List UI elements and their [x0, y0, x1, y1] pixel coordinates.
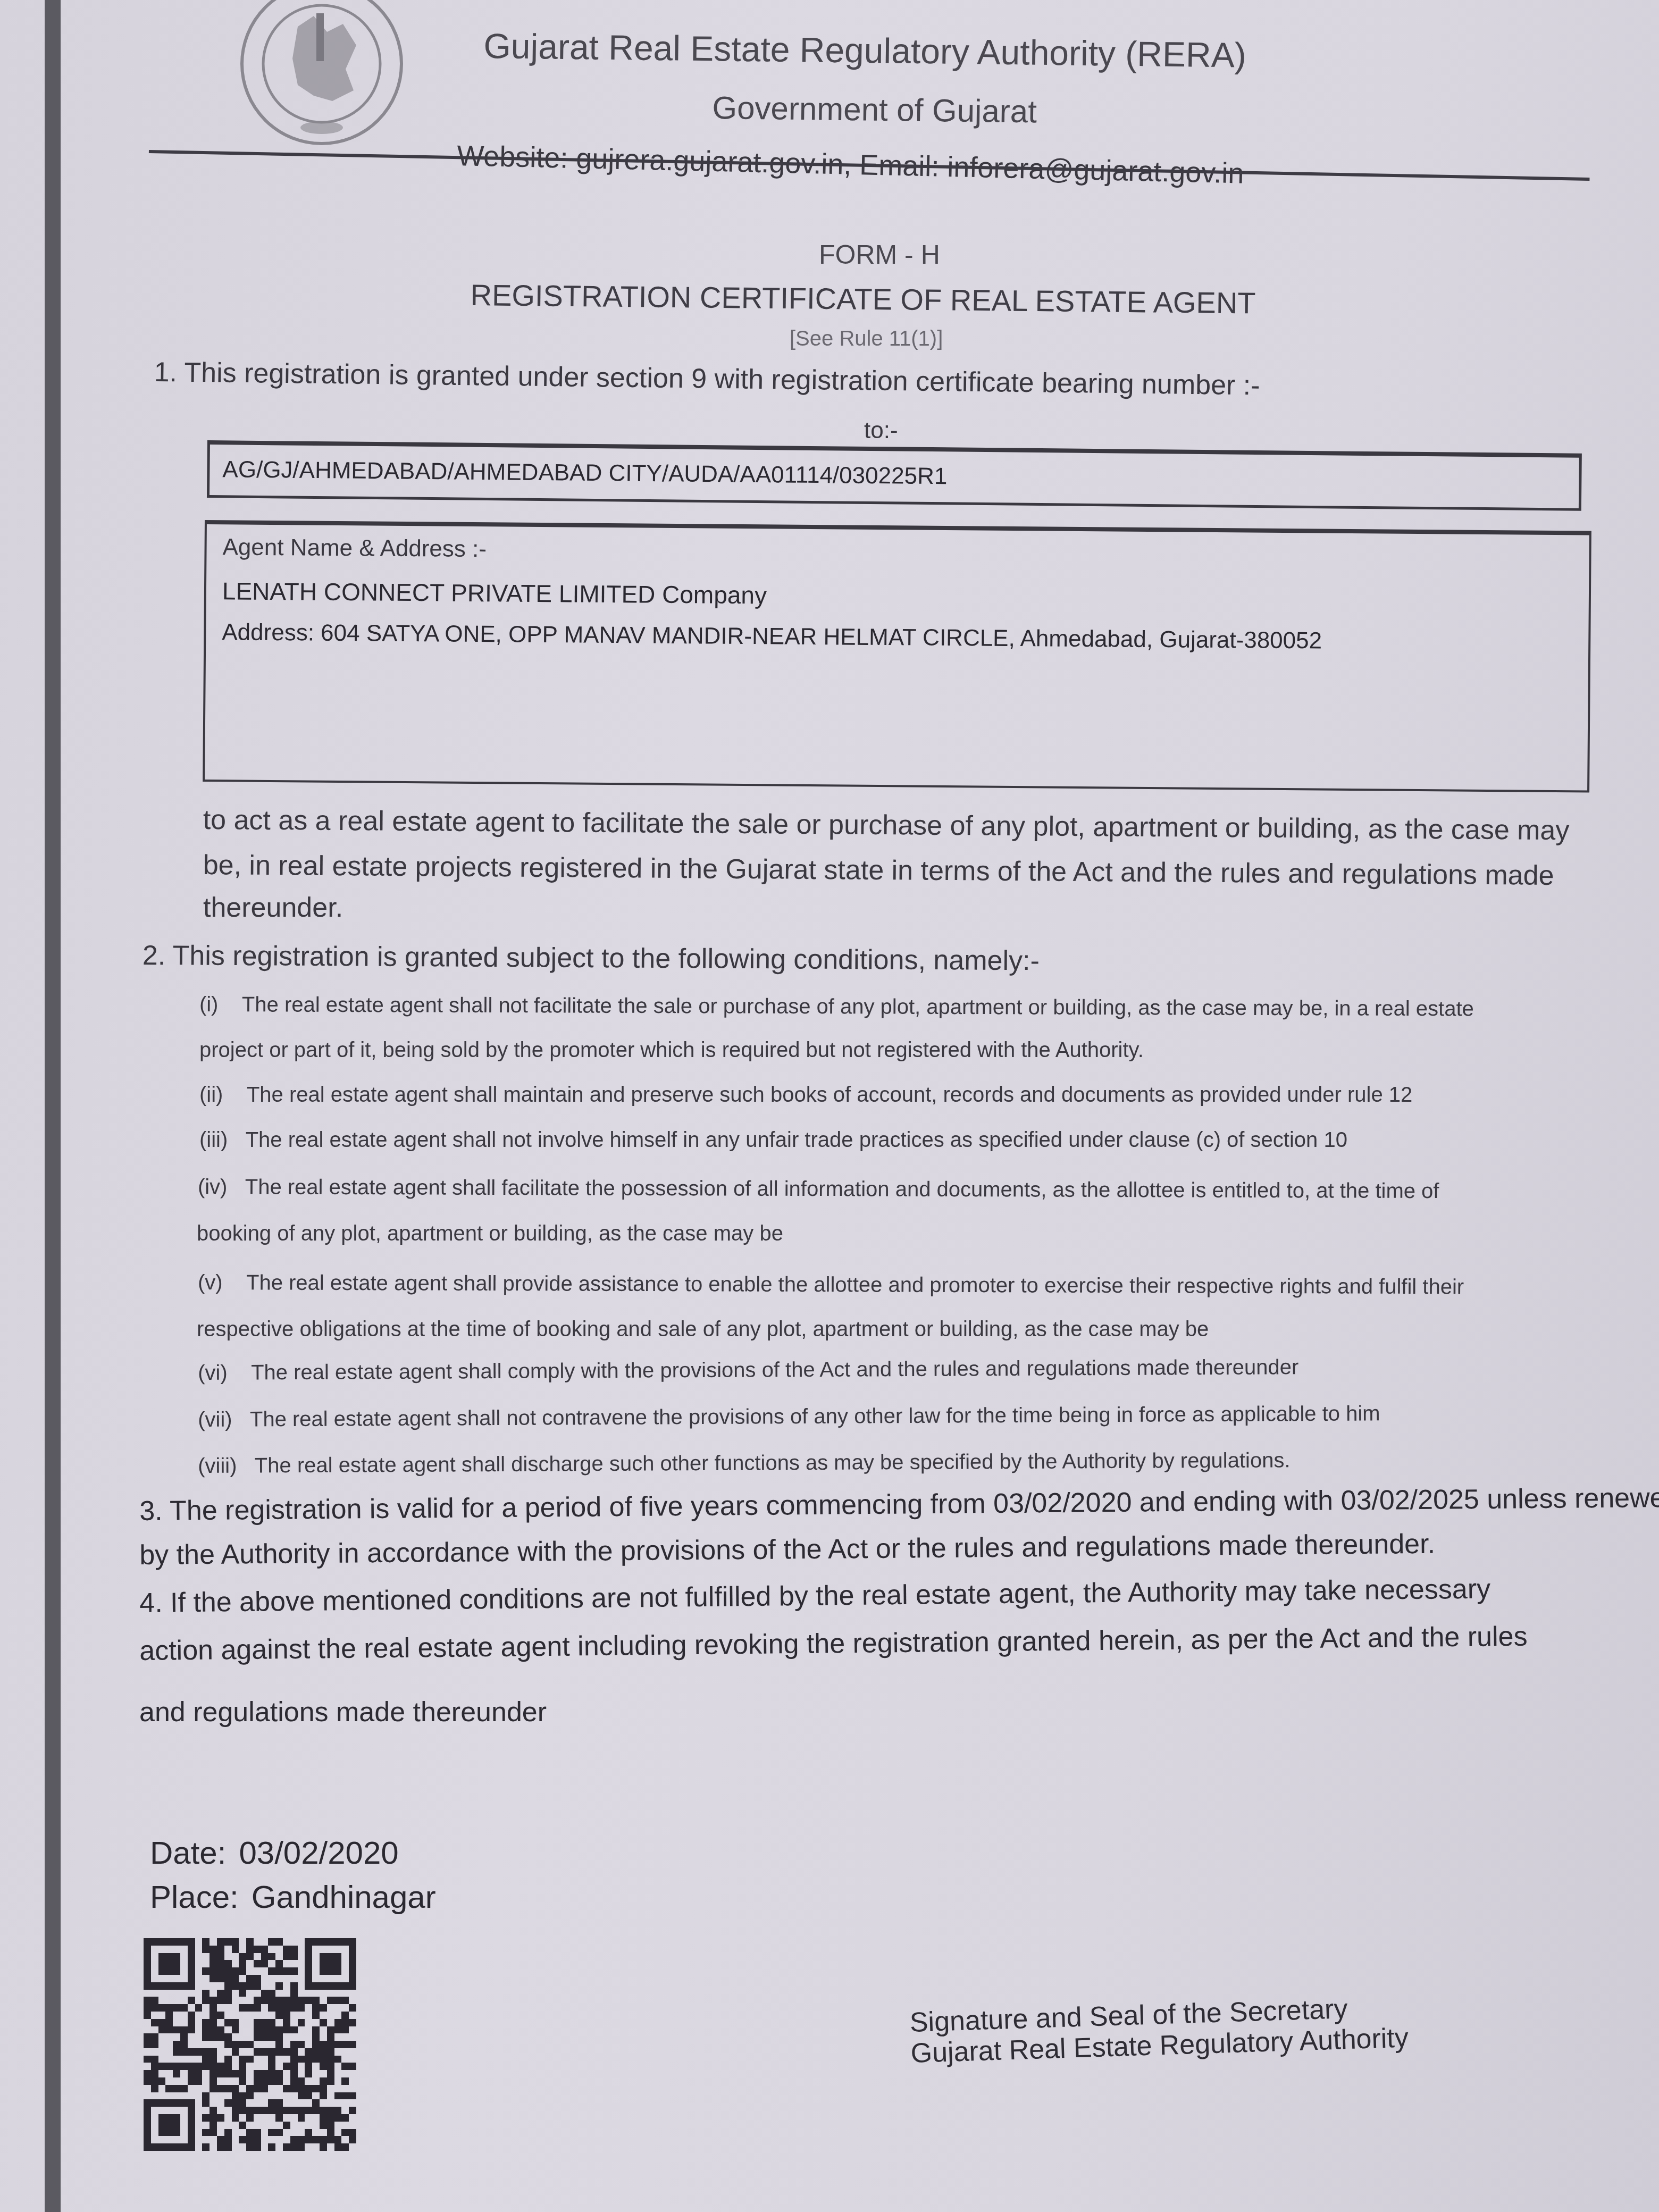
agent-label: Agent Name & Address :-: [222, 534, 487, 563]
clause-1-continuation: thereunder.: [203, 892, 343, 924]
clause-1-text: 1. This registration is granted under se…: [154, 356, 1260, 401]
place-row: Place:Gandhinagar: [150, 1879, 436, 1915]
condition-i-cont: project or part of it, being sold by the…: [199, 1038, 1144, 1062]
condition-iv: (iv) The real estate agent shall facilit…: [198, 1175, 1439, 1203]
agent-name: LENATH CONNECT PRIVATE LIMITED Company: [222, 576, 767, 609]
clause-3-line: 3. The registration is valid for a perio…: [139, 1482, 1659, 1527]
condition-v: (v) The real estate agent shall provide …: [198, 1271, 1464, 1299]
clause-2-text: 2. This registration is granted subject …: [143, 940, 1040, 977]
gujrera-seal-icon: [234, 0, 409, 149]
clause-4-line: action against the real estate agent inc…: [139, 1621, 1528, 1667]
registration-number-box: AG/GJ/AHMEDABAD/AHMEDABAD CITY/AUDA/AA01…: [207, 440, 1582, 511]
clause-4-line: 4. If the above mentioned conditions are…: [139, 1573, 1490, 1619]
clause-1-continuation: to act as a real estate agent to facilit…: [203, 804, 1570, 847]
condition-v-cont: respective obligations at the time of bo…: [197, 1318, 1209, 1342]
clause-3-line: by the Authority in accordance with the …: [139, 1528, 1435, 1571]
signature-block: Signature and Seal of the Secretary Guja…: [909, 1992, 1409, 2069]
registration-number: AG/GJ/AHMEDABAD/AHMEDABAD CITY/AUDA/AA01…: [222, 456, 947, 490]
page-edge-strip: [45, 0, 61, 2212]
place-value: Gandhinagar: [252, 1879, 436, 1915]
to-label: to:-: [864, 417, 898, 444]
date-value: 03/02/2020: [239, 1835, 398, 1871]
date-row: Date:03/02/2020: [150, 1834, 436, 1871]
government-subtitle: Government of Gujarat: [712, 89, 1037, 130]
date-place-block: Date:03/02/2020 Place:Gandhinagar: [150, 1834, 436, 1923]
condition-vii: (vii) The real estate agent shall not co…: [198, 1402, 1380, 1432]
condition-viii: (viii) The real estate agent shall disch…: [198, 1448, 1291, 1478]
condition-vi: (vi) The real estate agent shall comply …: [198, 1355, 1298, 1385]
date-label: Date:: [150, 1835, 226, 1871]
condition-iii: (iii) The real estate agent shall not in…: [199, 1128, 1347, 1152]
clause-1-continuation: be, in real estate projects registered i…: [203, 849, 1554, 892]
agent-details-box: Agent Name & Address :- LENATH CONNECT P…: [203, 520, 1591, 792]
authority-title: Gujarat Real Estate Regulatory Authority…: [483, 26, 1246, 76]
certificate-page: Gujarat Real Estate Regulatory Authority…: [0, 0, 1659, 2212]
qr-code-icon: [144, 1938, 356, 2151]
agent-address: Address: 604 SATYA ONE, OPP MANAV MANDIR…: [222, 619, 1322, 654]
condition-iv-cont: booking of any plot, apartment or buildi…: [197, 1222, 783, 1246]
certificate-title: REGISTRATION CERTIFICATE OF REAL ESTATE …: [470, 278, 1256, 320]
place-label: Place:: [150, 1879, 239, 1915]
condition-ii: (ii) The real estate agent shall maintai…: [199, 1083, 1412, 1107]
rule-reference: [See Rule 11(1)]: [790, 327, 943, 351]
form-label: FORM - H: [819, 239, 940, 270]
condition-i: (i) The real estate agent shall not faci…: [199, 993, 1474, 1021]
clause-4-line: and regulations made thereunder: [139, 1696, 547, 1728]
